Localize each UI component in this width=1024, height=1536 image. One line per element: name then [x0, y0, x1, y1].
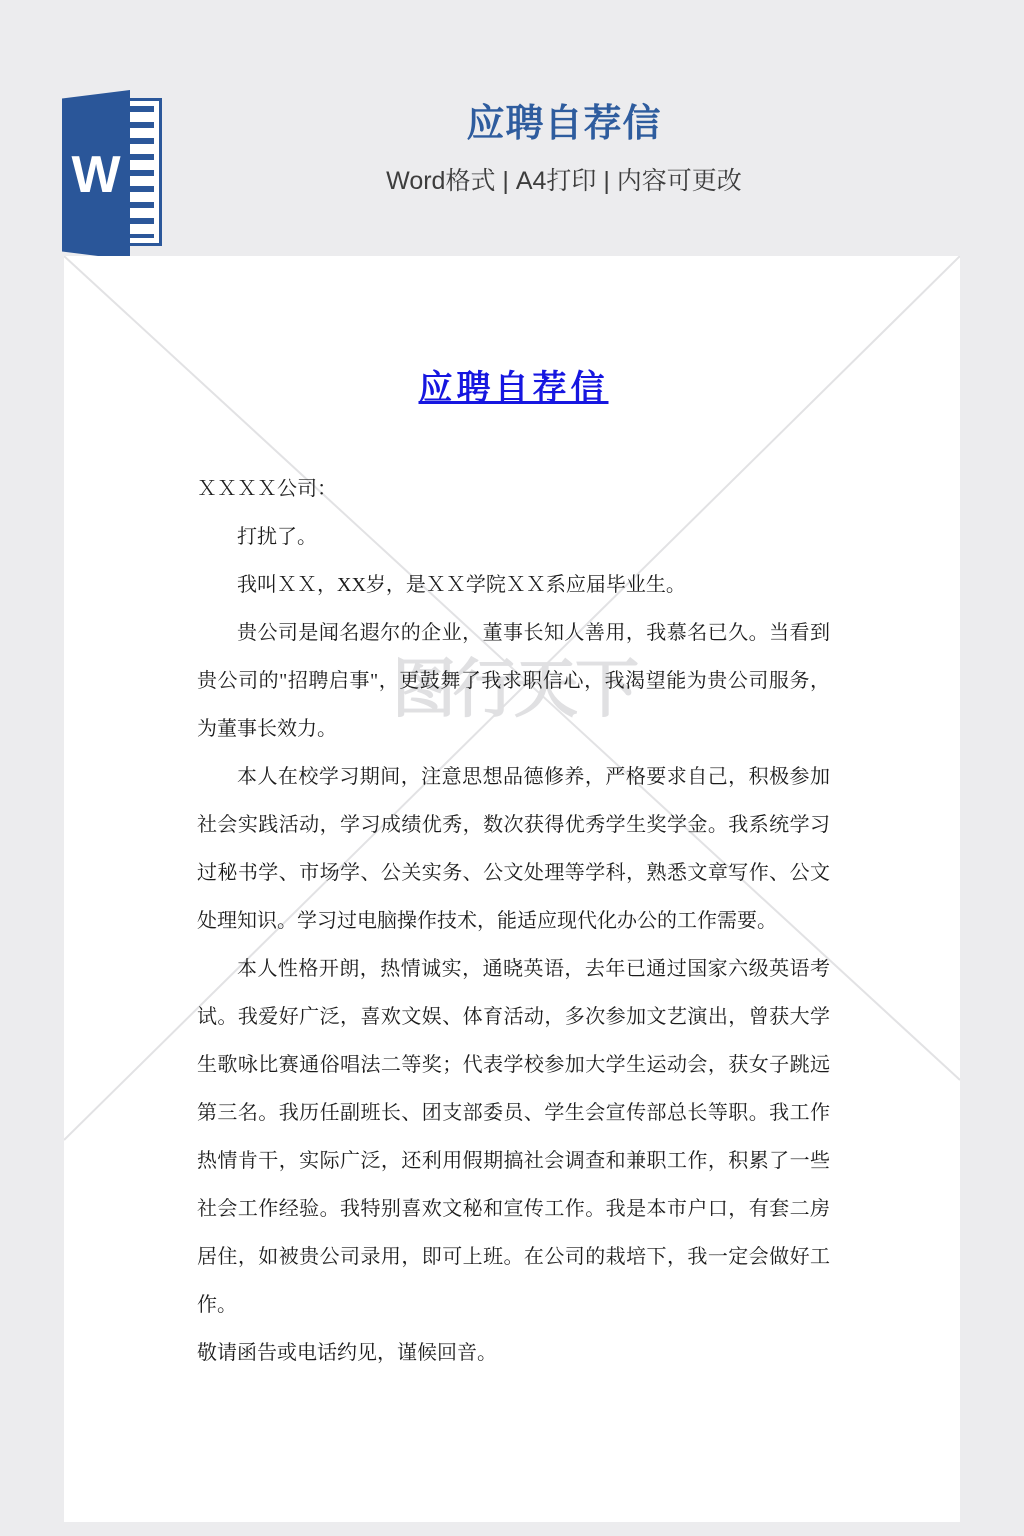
header-subtitle: Word格式 | A4打印 | 内容可更改 [164, 161, 964, 197]
document-page: 图行天下 应聘自荐信 ＸＸＸＸ公司： 打扰了。 我叫ＸＸ，XX岁，是ＸＸ学院ＸＸ… [64, 256, 960, 1522]
closing-line: 敬请函告或电话约见，谨候回音。 [197, 1329, 830, 1377]
word-w-letter: W [62, 90, 130, 260]
document-title: 应聘自荐信 [197, 360, 830, 409]
letter-paragraph: 本人性格开朗，热情诚实，通晓英语，去年已通过国家六级英语考试。我爱好广泛，喜欢文… [197, 945, 830, 1329]
header: W 应聘自荐信 Word格式 | A4打印 | 内容可更改 [0, 0, 1024, 256]
header-title: 应聘自荐信 [164, 92, 964, 147]
letter-paragraph: 贵公司是闻名遐尔的企业，董事长知人善用，我慕名已久。当看到贵公司的"招聘启事"，… [197, 609, 830, 753]
letter-paragraph-salutation: ＸＸＸＸ公司： [197, 465, 830, 513]
template-preview: { "header": { "logo": { "icon": "word-lo… [0, 0, 1024, 1536]
word-logo-icon: W [62, 90, 164, 260]
header-text: 应聘自荐信 Word格式 | A4打印 | 内容可更改 [164, 92, 964, 197]
letter-paragraph: 本人在校学习期间，注意思想品德修养，严格要求自己，积极参加社会实践活动，学习成绩… [197, 753, 830, 945]
letter-content: 应聘自荐信 ＸＸＸＸ公司： 打扰了。 我叫ＸＸ，XX岁，是ＸＸ学院ＸＸ系应届毕业… [64, 360, 960, 1377]
letter-body: ＸＸＸＸ公司： 打扰了。 我叫ＸＸ，XX岁，是ＸＸ学院ＸＸ系应届毕业生。 贵公司… [197, 465, 830, 1377]
letter-paragraph: 打扰了。 [197, 513, 830, 561]
letter-paragraph: 我叫ＸＸ，XX岁，是ＸＸ学院ＸＸ系应届毕业生。 [197, 561, 830, 609]
